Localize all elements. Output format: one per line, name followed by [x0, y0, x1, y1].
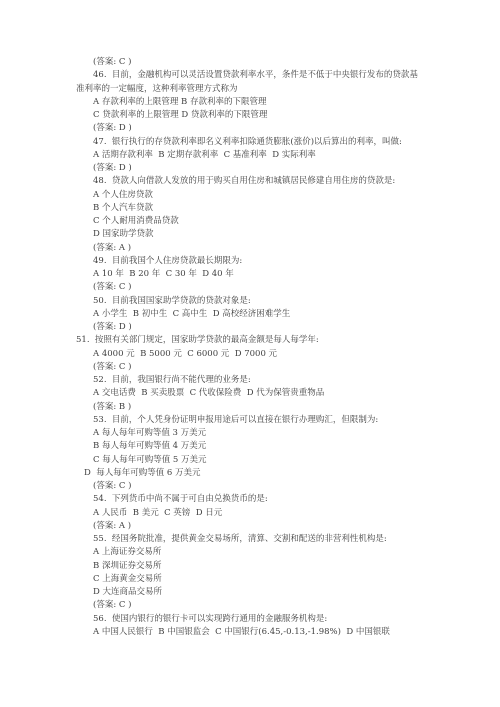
answer-line-49: (答案: C ) [76, 281, 470, 294]
option-line-48-d: D 国家助学贷款 [76, 228, 470, 241]
option-line-53-d: D 每人每年可购等值 6 万美元 [76, 467, 470, 480]
option-line-48-a: A 个人住房贷款 [76, 189, 470, 202]
question-line-55: 55. 经国务院批准，提供黄金交易场所，清算、交割和配送的非营利性机构是: [76, 533, 470, 546]
option-line-49: A 10 年 B 20 年 C 30 年 D 40 年 [76, 268, 470, 281]
question-line-50: 50. 目前我国国家助学贷款的贷款对象是: [76, 295, 470, 308]
question-line-48: 48. 贷款人向借款人发放的用于购买自用住房和城镇居民修建自用住房的贷款是: [76, 175, 470, 188]
option-line-53-b: B 每人每年可购等值 4 万美元 [76, 440, 470, 453]
question-continuation-line-46: 准利率的一定幅度，这种利率管理方式称为 [76, 83, 470, 96]
option-line-52: A 交电话费 B 买卖股票 C 代收保险费 D 代为保管贵重物品 [76, 387, 470, 400]
question-line-47: 47. 银行执行的存贷款利率即名义利率扣除通货膨胀(涨价)以后算出的利率，叫做: [76, 136, 470, 149]
option-line-51: A 4000 元 B 5000 元 C 6000 元 D 7000 元 [76, 348, 470, 361]
question-line-54: 54. 下列货币中尚不属于可自由兑换货币的是: [76, 493, 470, 506]
question-line-51: 51. 按照有关部门规定，国家助学贷款的最高金额是每人每学年: [76, 334, 470, 347]
option-line-54: A 人民币 B 美元 C 英镑 D 日元 [76, 507, 470, 520]
option-line-56: A 中国人民银行 B 中国银监会 C 中国银行(6.45,-0.13,-1.98… [76, 626, 470, 639]
answer-line-48: (答案: A ) [76, 242, 470, 255]
answer-line-54: (答案: A ) [76, 520, 470, 533]
option-line-48-c: C 个人耐用消费品贷款 [76, 215, 470, 228]
option-line-55-a: A 上海证券交易所 [76, 546, 470, 559]
option-line-50: A 小学生 B 初中生 C 高中生 D 高校经济困难学生 [76, 308, 470, 321]
answer-line-55: (答案: C ) [76, 599, 470, 612]
answer-line-52: (答案: B ) [76, 401, 470, 414]
option-line-53-a: A 每人每年可购等值 3 万美元 [76, 427, 470, 440]
answer-line-46: (答案: D ) [76, 122, 470, 135]
question-line-53: 53. 目前，个人凭身份证明申报用途后可以直接在银行办理购汇，但限制为: [76, 414, 470, 427]
option-line-55-b: B 深圳证券交易所 [76, 560, 470, 573]
option-line-53-c: C 每人每年可购等值 5 万美元 [76, 454, 470, 467]
question-line-49: 49. 目前我国个人住房贷款最长期限为: [76, 255, 470, 268]
option-line-46-cd: C 贷款利率的上限管理 D 贷款利率的下限管理 [76, 109, 470, 122]
answer-line-50: (答案: D ) [76, 321, 470, 334]
document-page: (答案: C ) 46. 目前，金融机构可以灵活设置贷款利率水平，条件是不低于中… [0, 0, 500, 707]
question-line-46: 46. 目前，金融机构可以灵活设置贷款利率水平，条件是不低于中央银行发布的贷款基 [76, 69, 470, 82]
question-line-56: 56. 使国内银行的银行卡可以实现跨行通用的金融服务机构是: [76, 613, 470, 626]
question-line-52: 52. 目前，我国银行尚不能代理的业务是: [76, 374, 470, 387]
answer-line: (答案: C ) [76, 56, 470, 69]
option-line-55-d: D 大连商品交易所 [76, 586, 470, 599]
answer-line-47: (答案: D ) [76, 162, 470, 175]
option-line-48-b: B 个人汽车贷款 [76, 202, 470, 215]
option-line-46-ab: A 存款利率的上限管理 B 存款利率的下限管理 [76, 96, 470, 109]
option-line-47: A 活期存款利率 B 定期存款利率 C 基准利率 D 实际利率 [76, 149, 470, 162]
option-line-55-c: C 上海黄金交易所 [76, 573, 470, 586]
answer-line-53: (答案: C ) [76, 480, 470, 493]
answer-line-51: (答案: C ) [76, 361, 470, 374]
